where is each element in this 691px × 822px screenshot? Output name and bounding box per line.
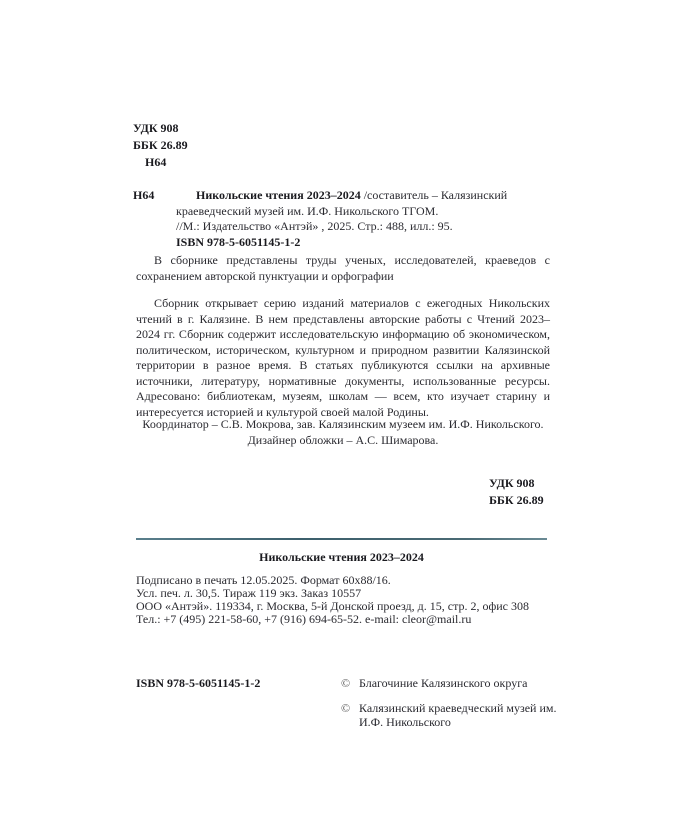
author-mark: Н64 [133,154,188,171]
copyright-entry: © Благочиние Калязинского округа [341,676,561,690]
credits: Координатор – С.В. Мокрова, зав. Калязин… [136,416,550,448]
classification-block-top: УДК 908 ББК 26.89 Н64 [133,120,188,171]
catalog-isbn: ISBN 978-5-6051145-1-2 [176,235,556,251]
copyright-holder: Калязинский краеведческий музей им. И.Ф.… [359,701,561,729]
publisher-line: //М.: Издательство «Антэй» , 2025. Стр.:… [176,219,556,235]
annotation-paragraph-1: В сборнике представлены труды ученых, ис… [136,253,550,284]
book-title: Никольские чтения 2023–2024 [176,188,361,202]
coordinator-credit: Координатор – С.В. Мокрова, зав. Калязин… [136,416,550,432]
footer-isbn: ISBN 978-5-6051145-1-2 [136,676,260,691]
bbk-code-bottom: ББК 26.89 [489,492,544,509]
cover-designer-credit: Дизайнер обложки – А.С. Шимарова. [136,432,550,448]
copyright-icon: © [341,676,359,690]
bbk-code: ББК 26.89 [133,137,188,154]
udk-code: УДК 908 [133,120,188,137]
imprint-line: Тел.: +7 (495) 221-58-60, +7 (916) 694-6… [136,613,556,626]
udk-code-bottom: УДК 908 [489,475,544,492]
divider-rule [136,538,547,540]
imprint-details: Подписано в печать 12.05.2025. Формат 60… [136,574,556,626]
copyright-entry: © Калязинский краеведческий музей им. И.… [341,701,561,729]
annotation-paragraph-2: Сборник открывает серию изданий материал… [136,296,550,420]
copyright-icon: © [341,701,359,729]
classification-block-bottom: УДК 908 ББК 26.89 [489,475,544,509]
imprint-title: Никольские чтения 2023–2024 [136,550,547,565]
catalog-entry: Никольские чтения 2023–2024 /составитель… [176,188,556,250]
copyright-holder: Благочиние Калязинского округа [359,676,527,690]
catalog-code: Н64 [133,188,154,203]
